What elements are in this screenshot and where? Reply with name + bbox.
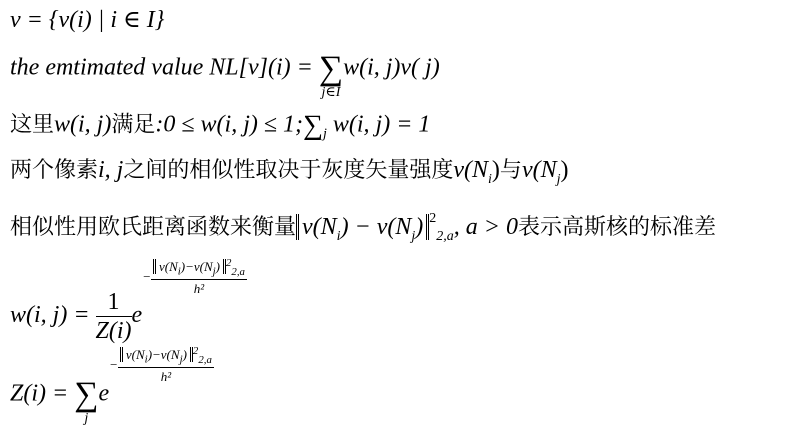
sigma-symbol: ∑ — [319, 52, 343, 86]
text-similarity-measured: 相似性用欧氏距离函数来衡量 — [10, 215, 296, 240]
normalization-formula: Z(i) = ∑je−v(Ni)−v(Nj)22,ah² — [10, 378, 214, 415]
exponent: −v(Ni)−v(Nj)22,ah² — [142, 258, 247, 295]
weight-formula: w(i, j) = 1Z(i)e−v(Ni)−v(Nj)22,ah² — [10, 290, 247, 343]
norm-expression: v(Ni) − v(Nj) — [296, 214, 429, 240]
formula-prefix: the emtimated value NL[v](i) = — [10, 55, 319, 81]
text-here: 这里 — [10, 113, 54, 138]
definition-v-text: v = {v(i) | i ∈ I} — [10, 7, 164, 33]
text-gaussian-std: 表示高斯核的标准差 — [518, 215, 716, 240]
paren: ) — [492, 157, 500, 183]
summation-index: j∈I — [319, 86, 343, 100]
norm-power: 2 — [429, 211, 436, 226]
euclidean-distance-statement: 相似性用欧氏距离函数来衡量v(Ni) − v(Nj)22,a, a > 0表示高… — [10, 212, 716, 244]
exp-base: e — [132, 302, 143, 328]
fraction-numerator: 1 — [96, 290, 132, 317]
similarity-statement: 两个像素i, j之间的相似性取决于灰度矢量强度v(Ni)与v(Nj) — [10, 158, 568, 187]
summation: ∑j — [74, 378, 98, 412]
weight-symbol: w(i, j) — [54, 112, 111, 138]
exponent-denominator: h² — [118, 368, 214, 383]
z-lhs: Z(i) = — [10, 381, 74, 407]
definition-v: v = {v(i) | i ∈ I} — [10, 8, 164, 32]
neighborhood-j: v(N — [522, 157, 557, 183]
fraction-denominator: Z(i) — [96, 317, 132, 343]
formula-suffix: w(i, j)v( j) — [343, 55, 440, 81]
summation: ∑j∈I — [319, 52, 343, 86]
summation-index: j — [74, 412, 98, 426]
weight-sum: w(i, j) = 1 — [333, 112, 431, 138]
weight-range: :0 ≤ w(i, j) ≤ 1; — [155, 112, 303, 138]
weight-constraint: 这里w(i, j)满足:0 ≤ w(i, j) ≤ 1;∑j w(i, j) =… — [10, 112, 430, 142]
weight-lhs: w(i, j) = — [10, 302, 96, 328]
pixel-indices: i, j — [98, 157, 123, 183]
paren: ) — [560, 157, 568, 183]
exp-base: e — [98, 381, 109, 407]
exponent: −v(Ni)−v(Nj)22,ah² — [109, 346, 214, 383]
text-satisfies: 满足 — [111, 113, 155, 138]
text-and: 与 — [500, 158, 522, 183]
estimated-value-formula: the emtimated value NL[v](i) = ∑j∈Iw(i, … — [10, 52, 440, 86]
text-similarity-depends: 之间的相似性取决于灰度矢量强度 — [123, 158, 453, 183]
norm-subscript: 2,a — [436, 229, 454, 244]
summation-index: j — [323, 127, 327, 142]
exponent-denominator: h² — [151, 280, 247, 295]
summation: ∑ — [303, 112, 323, 140]
sigma-symbol: ∑ — [74, 378, 98, 412]
normalization-fraction: 1Z(i) — [96, 290, 132, 343]
sigma-symbol: ∑ — [303, 112, 323, 140]
a-condition: , a > 0 — [454, 214, 518, 240]
neighborhood-i: v(N — [453, 157, 488, 183]
text-two-pixels: 两个像素 — [10, 158, 98, 183]
